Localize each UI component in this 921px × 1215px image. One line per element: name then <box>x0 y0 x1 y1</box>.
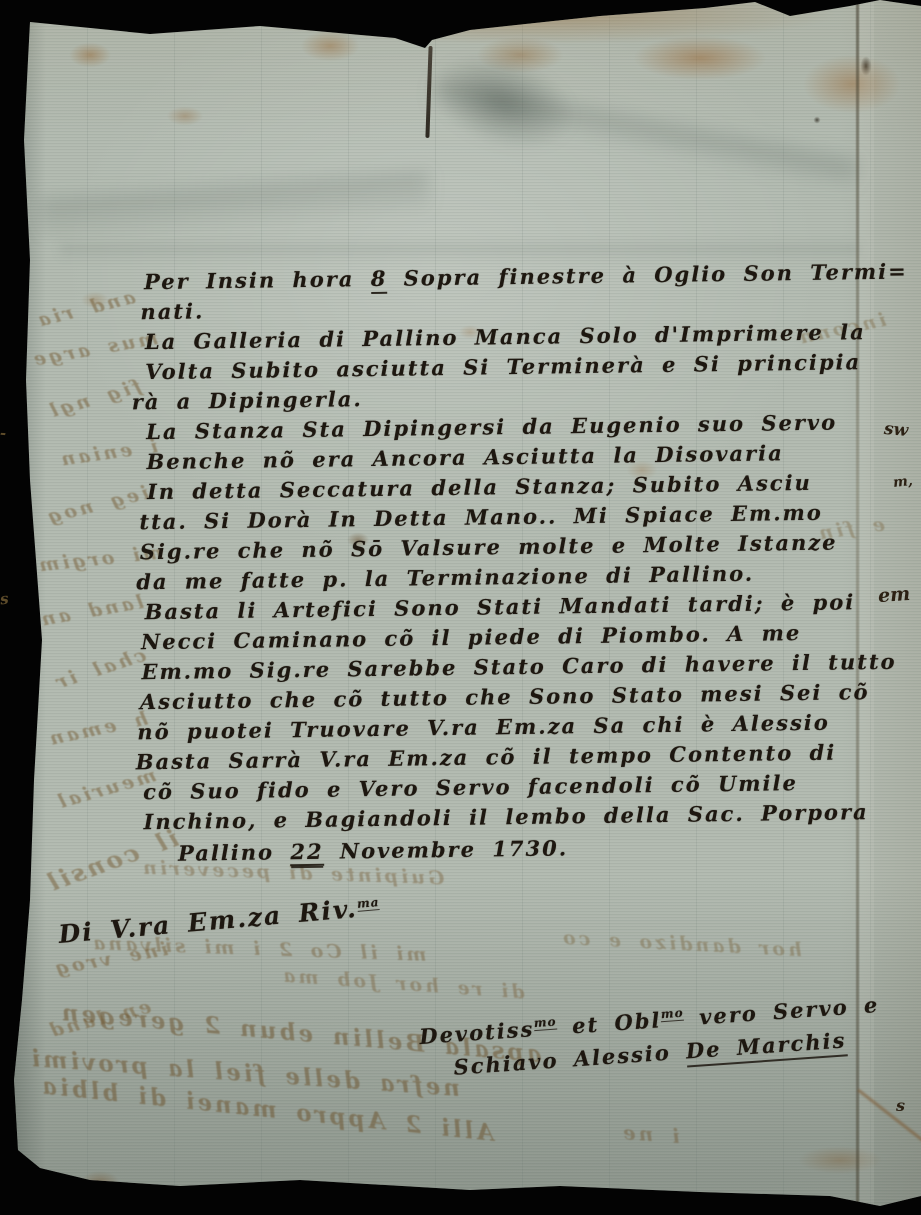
scan-background: and ria mus arge fig ngl i enian ieg nog… <box>0 0 921 1215</box>
underlined-day: 22 <box>290 839 324 866</box>
signature-superscript: mo <box>533 1015 557 1032</box>
stray-ink-mark: - <box>0 424 7 442</box>
stray-ink-mark: s <box>0 589 10 608</box>
margin-ink-fragment: sw <box>883 419 909 441</box>
closing-superscript: ma <box>356 895 380 912</box>
line-text: Sopra finestre à Oglio Son Termi= <box>387 259 908 291</box>
underlined-number: 8 <box>371 266 388 294</box>
letter-body-text: Per Insin hora 8 Sopra finestre à Oglio … <box>144 257 892 869</box>
margin-ink-fragment: m, <box>892 473 913 491</box>
date-place: Pallino <box>178 839 291 866</box>
date-rest: Novembre 1730. <box>323 835 568 863</box>
bleedthrough-text: i ne <box>619 1120 680 1148</box>
letter-page: and ria mus arge fig ngl i enian ieg nog… <box>0 0 921 1215</box>
line-text: Per Insin hora <box>144 266 371 294</box>
margin-ink-fragment: s <box>896 1096 905 1115</box>
signature-superscript: mo <box>660 1006 684 1023</box>
